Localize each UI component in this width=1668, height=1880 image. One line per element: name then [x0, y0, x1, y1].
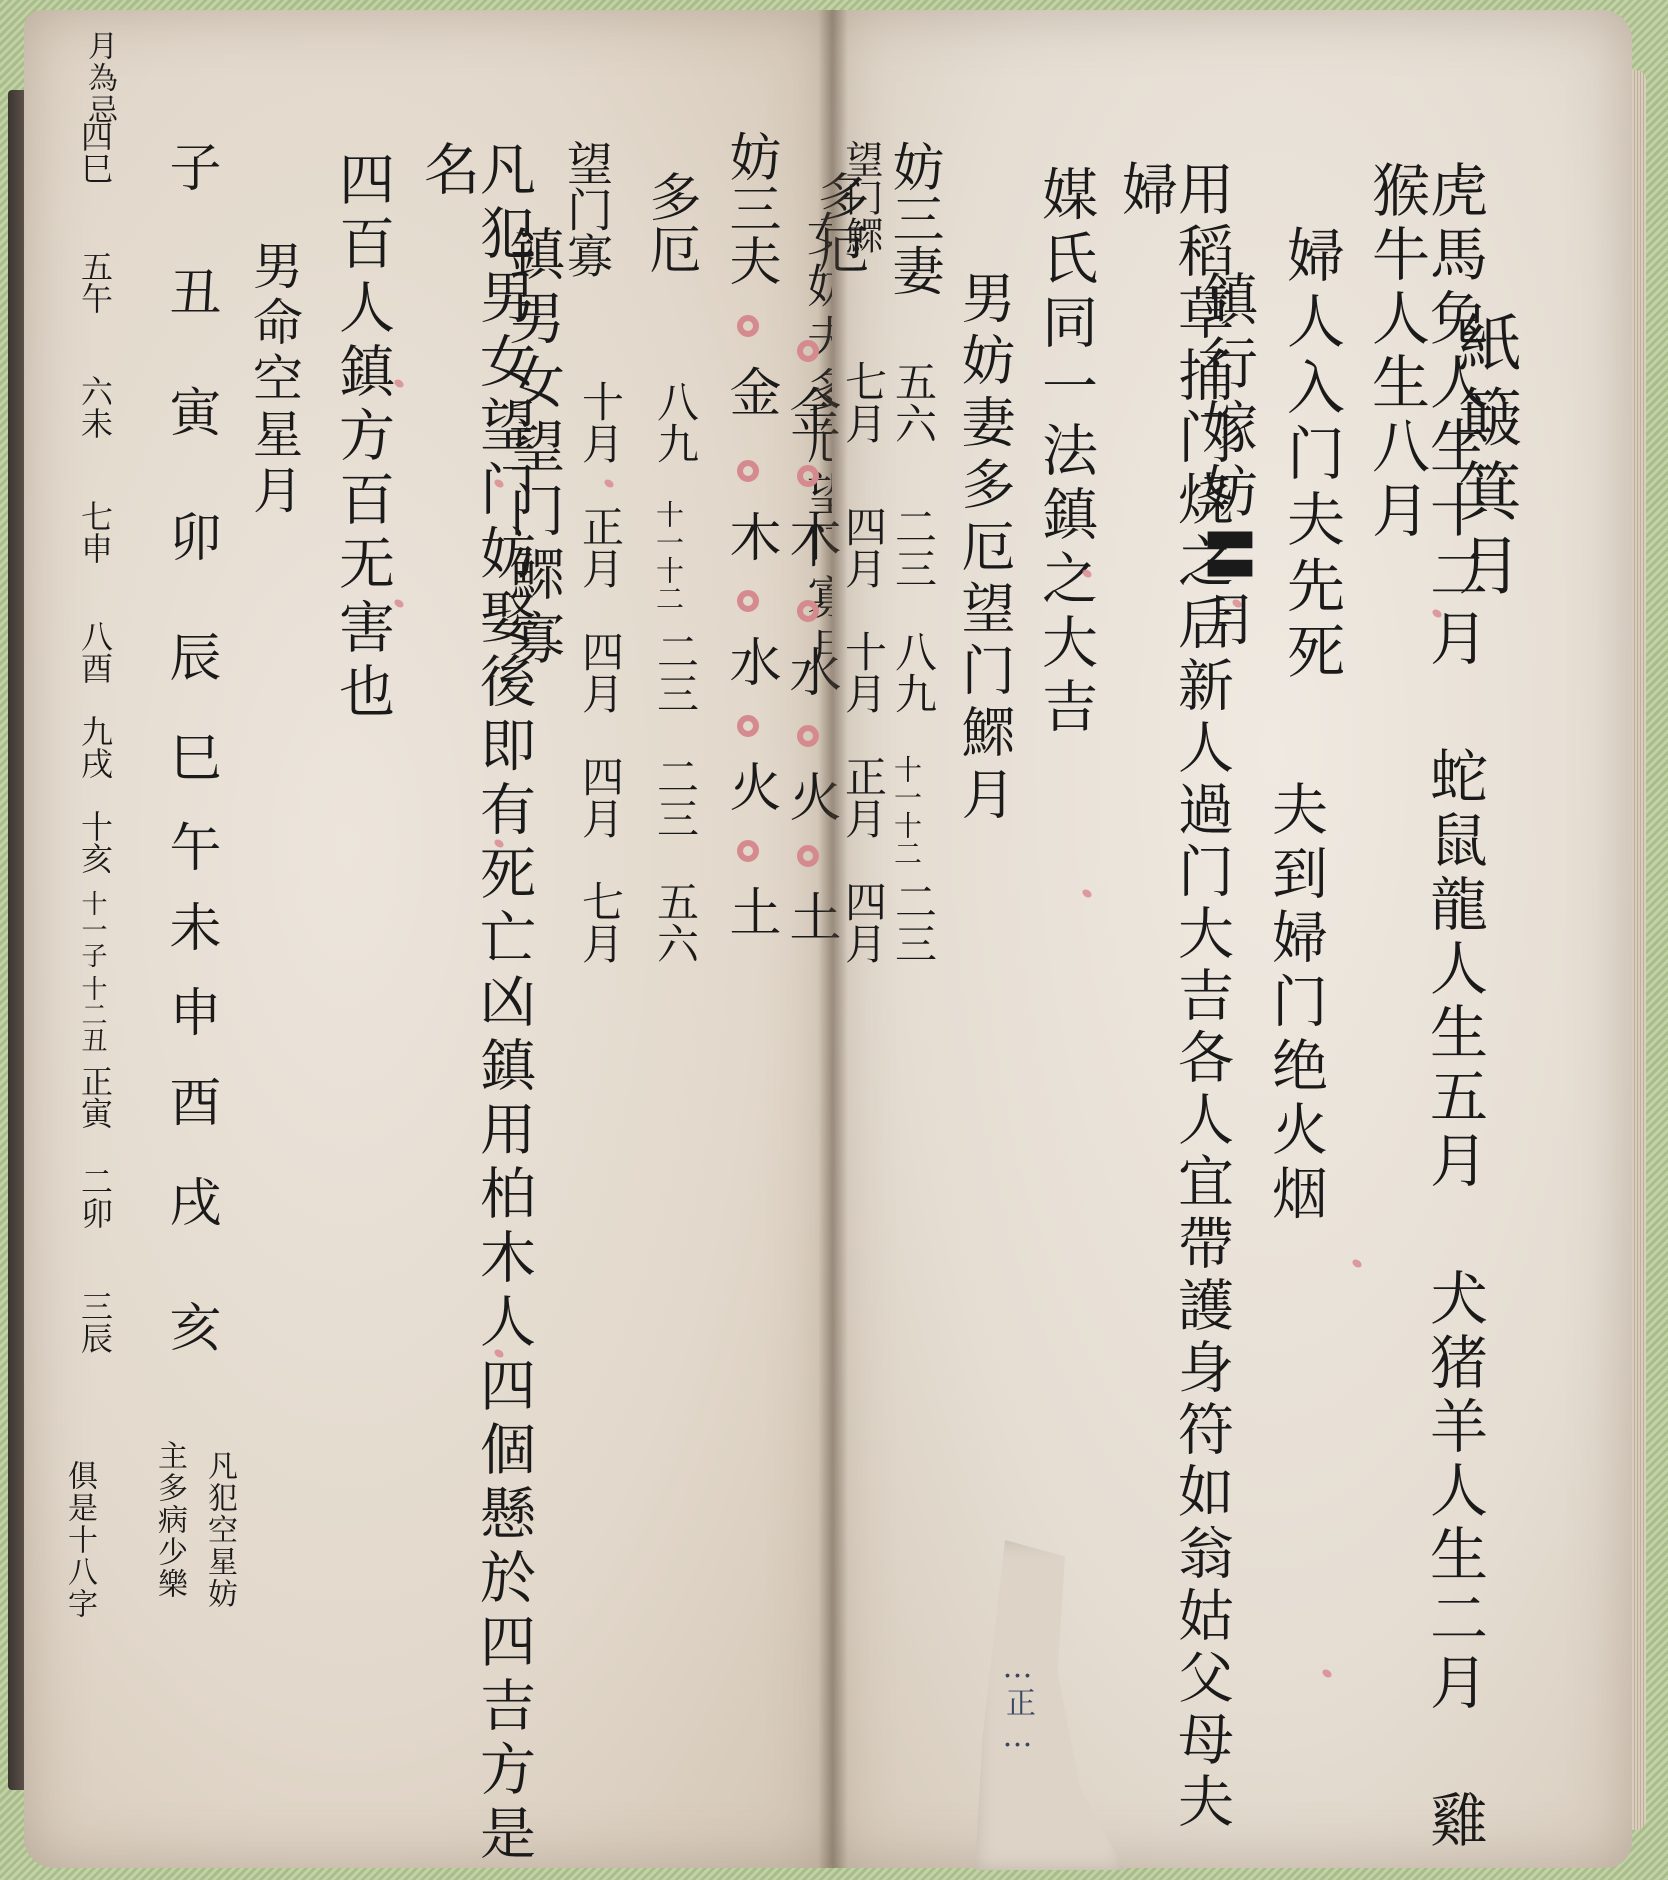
- branch: 辰: [164, 630, 216, 682]
- branch: 丑: [164, 265, 216, 317]
- right-page: 紙簸箕月 虎馬兔人生十二月 蛇鼠龍人生五月 犬猪羊人生二月 雞猴牛人生八月 婦人…: [832, 10, 1632, 1868]
- left-row-label-duoe: 多厄: [644, 170, 696, 274]
- right-col-zodiac-months: 虎馬兔人生十二月 蛇鼠龍人生五月 犬猪羊人生二月 雞猴牛人生八月: [1367, 160, 1483, 1868]
- right-wangmen-0: 七月: [842, 360, 884, 444]
- right-duoe-2: 八九: [892, 630, 934, 714]
- left-duoe-3: 二三: [654, 755, 696, 839]
- punct-circle: [737, 590, 759, 612]
- right-row-label-fang: 妨三妻: [887, 140, 939, 296]
- left-col-sibai: 四百人鎮方百无害也: [334, 150, 390, 726]
- month: 正寅: [79, 1065, 111, 1129]
- punct-dot: [1351, 1258, 1363, 1269]
- month: 五午: [79, 250, 111, 314]
- damaged-fragment-text: …正…: [1002, 1650, 1032, 1756]
- left-wangmen-3: 四月: [579, 755, 621, 839]
- branch: 亥: [164, 1300, 216, 1352]
- left-col-nanming: 男命空星月: [249, 240, 299, 520]
- left-element-1: 木: [724, 510, 776, 562]
- torn-paper-patch: [975, 1540, 1125, 1870]
- branch: 申: [164, 985, 216, 1037]
- left-element-3: 火: [724, 760, 776, 812]
- punct-circle: [797, 725, 819, 747]
- left-element-2: 水: [724, 635, 776, 687]
- zodiac-header: 月為忌: [84, 30, 114, 126]
- punct-dot: [603, 478, 615, 489]
- left-wangmen-1: 正月: [579, 505, 621, 589]
- branch: 巳: [164, 730, 216, 782]
- month: 十二丑: [79, 975, 105, 1053]
- branch: 午: [164, 820, 216, 872]
- left-row-label-fang: 妨三夫: [724, 130, 776, 286]
- left-duoe-1: 十一十二: [654, 500, 682, 612]
- punct-dot: [1321, 1668, 1333, 1679]
- right-wangmen-3: 正月: [842, 755, 884, 839]
- punct-circle: [797, 465, 819, 487]
- punct-circle: [797, 340, 819, 362]
- right-col-fu-ren: 婦人入门夫先死: [1282, 225, 1340, 687]
- left-wangmen-0: 十月: [579, 380, 621, 464]
- month: 三辰: [79, 1290, 111, 1354]
- right-duoe-4: 二三: [892, 880, 934, 964]
- punct-circle: [797, 600, 819, 622]
- branch: 子: [164, 140, 216, 192]
- month: 九戌: [79, 715, 111, 779]
- right-col-mei-shi: 媒氏同一法鎮之大吉: [1037, 165, 1093, 741]
- month: 十一子: [79, 890, 105, 968]
- right-duoe-3: 十一十二: [892, 755, 920, 867]
- month: 二卯: [79, 1165, 111, 1229]
- left-row-label-wangmen: 望门寡: [564, 140, 610, 278]
- left-duoe-0: 八九: [654, 380, 696, 464]
- branch: 未: [164, 900, 216, 952]
- left-element-0: 金: [724, 365, 776, 417]
- branch: 寅: [164, 385, 216, 437]
- punct-circle: [737, 715, 759, 737]
- right-col-fu-dao: 夫到婦门绝火烟: [1267, 780, 1323, 1228]
- punct-circle: [737, 315, 759, 337]
- right-wangmen-4: 四月: [842, 880, 884, 964]
- left-duoe-4: 五六: [654, 880, 696, 964]
- right-wangmen-2: 十月: [842, 630, 884, 714]
- month: 六未: [79, 375, 111, 439]
- zodiac-note-2: 主多病少樂: [154, 1440, 184, 1600]
- branch: 卯: [164, 510, 216, 562]
- month: 八酉: [79, 620, 111, 684]
- month: 七申: [79, 500, 111, 564]
- punct-dot: [1081, 888, 1093, 899]
- zodiac-note-1: 凡犯空星妨: [204, 1450, 234, 1610]
- right-duoe-0: 五六: [892, 360, 934, 444]
- left-page: 女妨夫多厄望门寡月 妨三夫 多厄 望门寡 金 木 水 火 土 八九 十一十二 二…: [24, 10, 832, 1868]
- right-col-dao-cao: 用稻草捅门烧之后新人過门大吉各人宜帶護身符如翁姑父母夫婦: [1117, 160, 1229, 1868]
- left-duoe-2: 二三: [654, 630, 696, 714]
- punct-circle: [737, 460, 759, 482]
- left-wangmen-2: 四月: [579, 630, 621, 714]
- book-gutter: [818, 10, 848, 1868]
- page-edges: [1632, 70, 1646, 1830]
- right-duoe-1: 二三: [892, 505, 934, 589]
- left-col-fan: 凡犯男女望门妨娶後即有死亡凶鎮用柏木人四個懸於四吉方是名: [419, 140, 531, 1868]
- zodiac-note-3: 俱是十八字: [64, 1460, 94, 1620]
- punct-circle: [737, 840, 759, 862]
- left-wangmen-4: 七月: [579, 880, 621, 964]
- punct-circle: [797, 845, 819, 867]
- branch: 酉: [164, 1075, 216, 1127]
- left-element-4: 土: [724, 885, 776, 937]
- month: 四巳: [79, 120, 111, 184]
- month: 十亥: [79, 810, 111, 874]
- right-col-nan-fang: 男妨妻多厄望门鰥月: [957, 270, 1011, 828]
- right-wangmen-1: 四月: [842, 505, 884, 589]
- branch: 戌: [164, 1175, 216, 1227]
